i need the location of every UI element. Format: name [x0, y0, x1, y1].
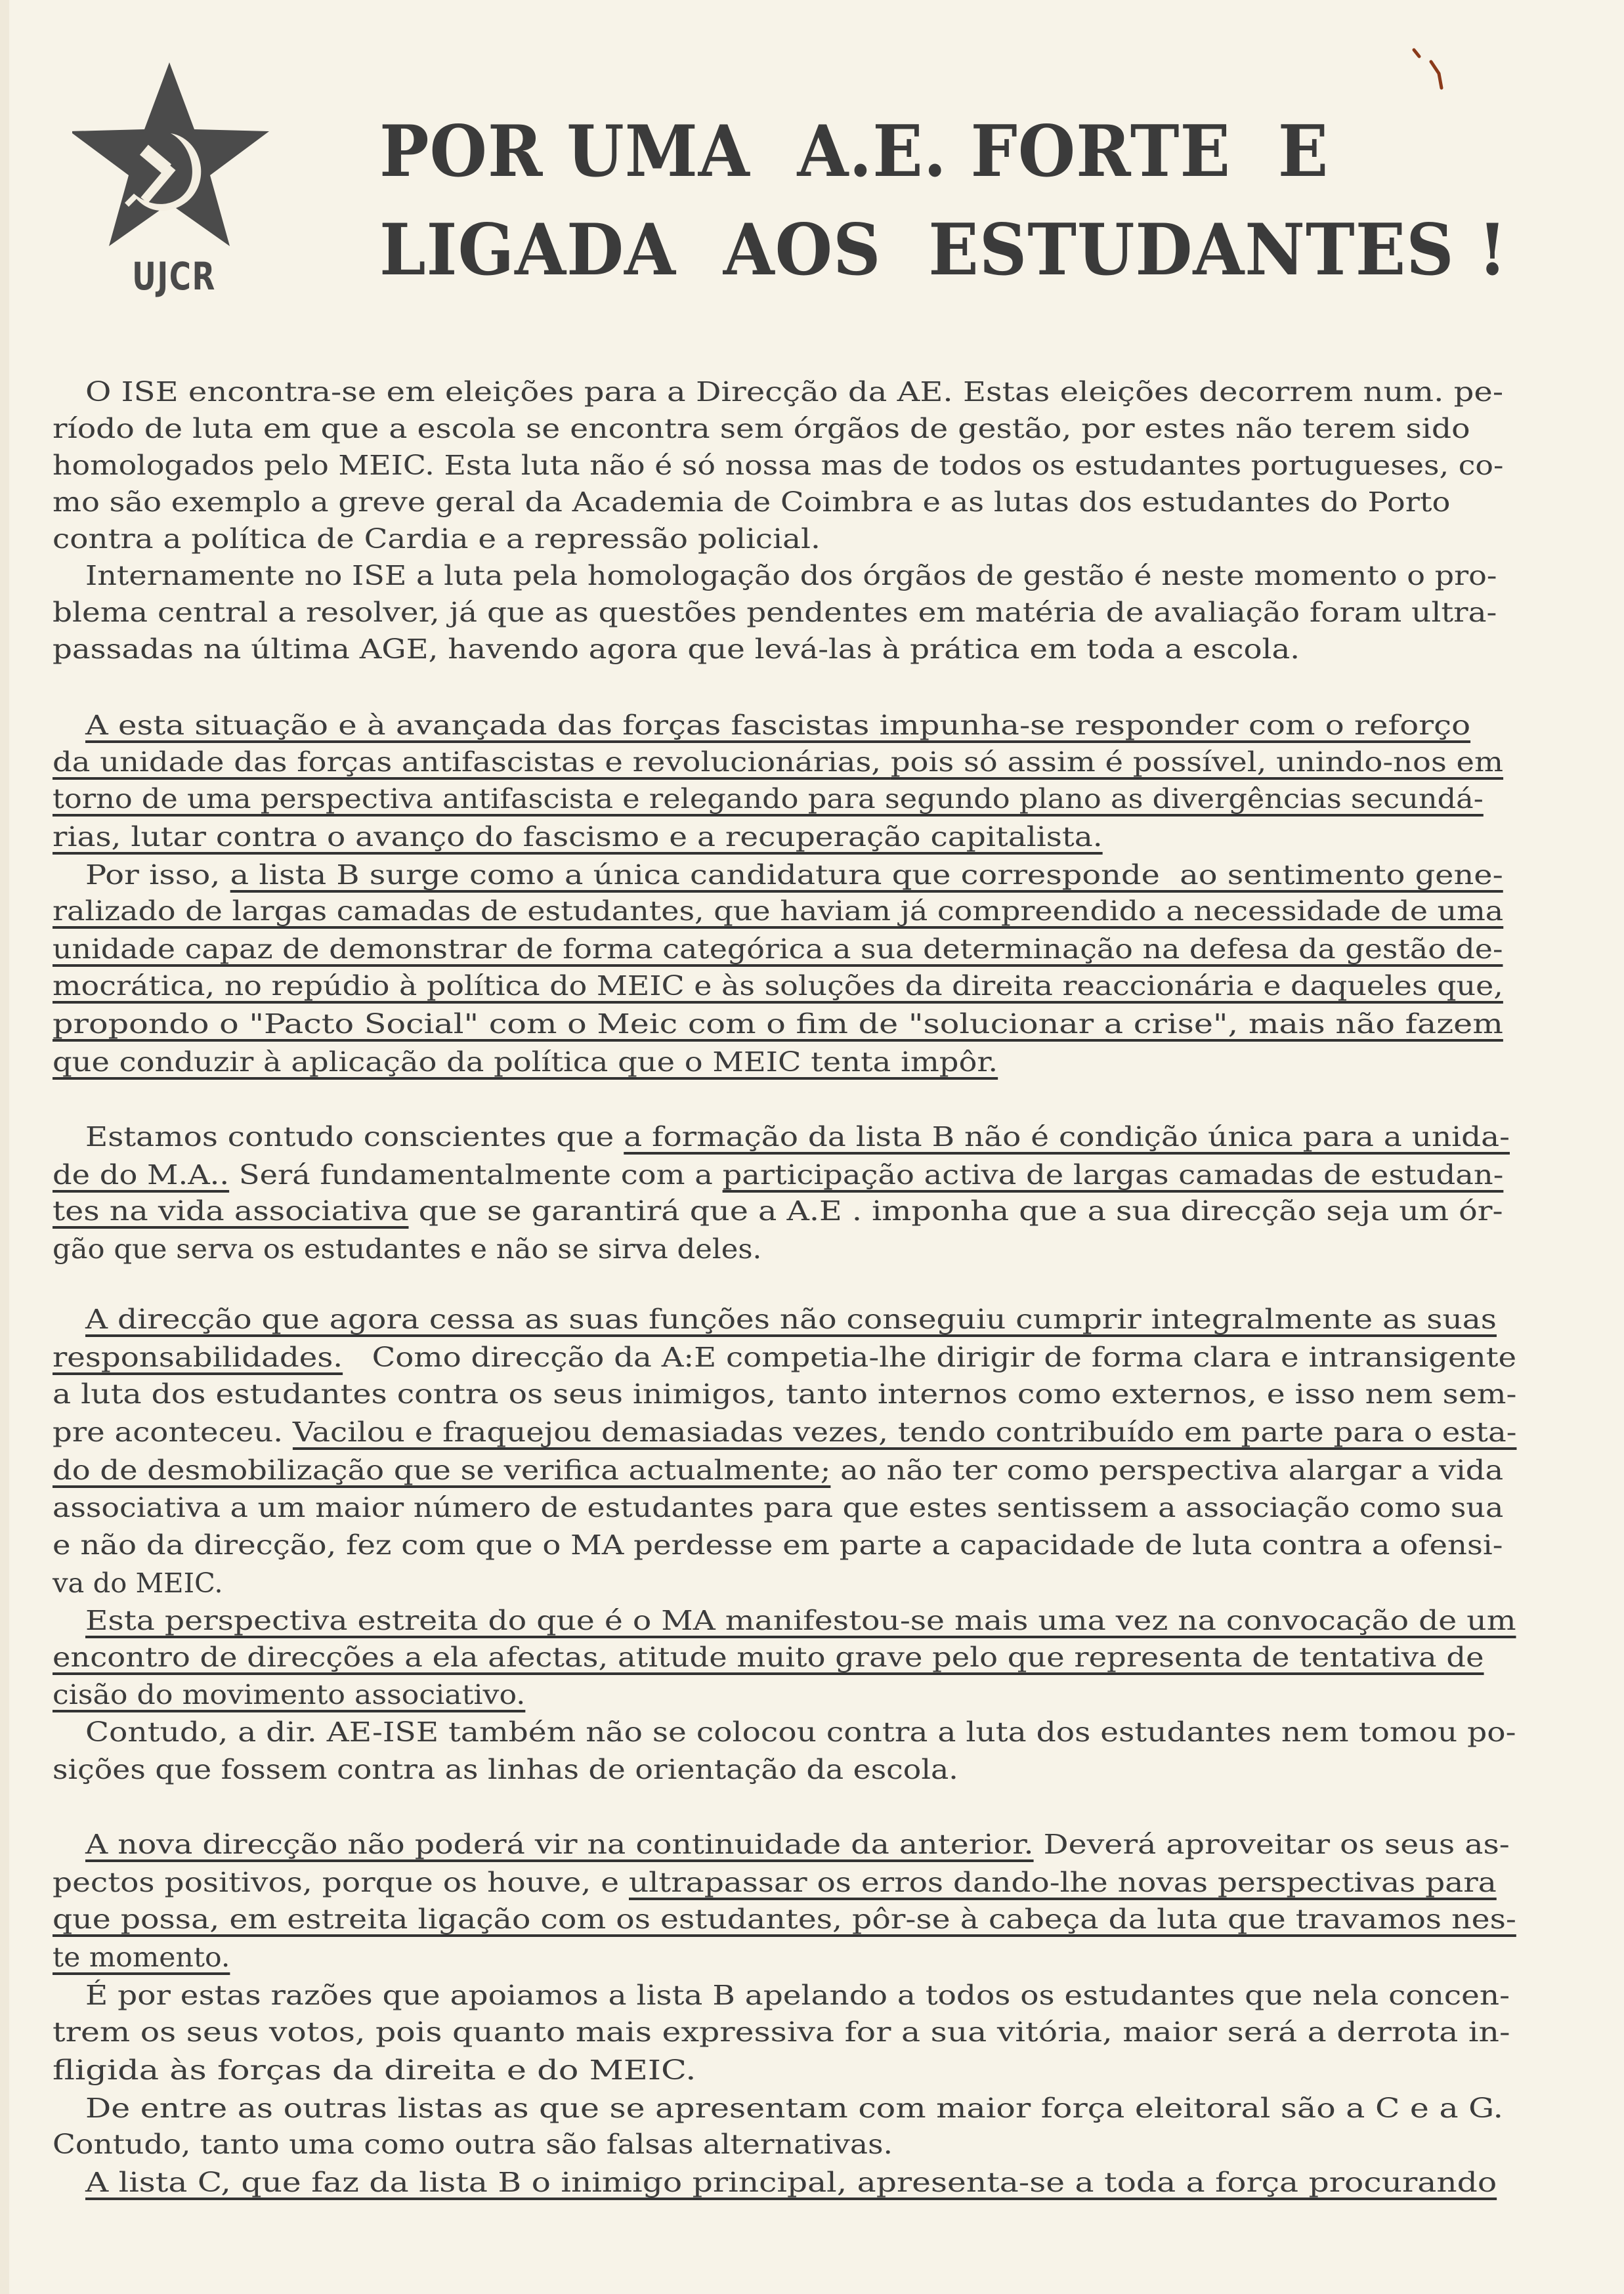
underlined-text: Esta perspectiva estreita do que é o MA … — [85, 1605, 1516, 1636]
text-line: homologados pelo MEIC. Esta luta não é s… — [53, 449, 1503, 482]
text-line: da unidade das forças antifascistas e re… — [53, 746, 1503, 778]
text-line: de do M.A.. Será fundamentalmente com a … — [53, 1158, 1503, 1191]
underlined-text: ultrapassar os erros dando-lhe novas per… — [629, 1867, 1497, 1898]
underlined-text: A esta situação e à avançada das forças … — [85, 710, 1470, 741]
underlined-text: mocrática, no repúdio à política do MEIC… — [53, 970, 1503, 1002]
text-line: O ISE encontra-se em eleições para a Dir… — [85, 375, 1503, 408]
underlined-text: da unidade das forças antifascistas e re… — [53, 746, 891, 778]
text-span: Como direcção da A:E competia-lhe dirigi… — [343, 1342, 1516, 1373]
text-line: Esta perspectiva estreita do que é o MA … — [85, 1604, 1516, 1637]
text-line: A nova direcção não poderá vir na contin… — [85, 1828, 1510, 1861]
text-span: contra a política de Cardia e a repressã… — [53, 523, 821, 555]
text-line: ralizado de largas camadas de estudantes… — [53, 895, 1503, 927]
text-line: contra a política de Cardia e a repressã… — [53, 522, 821, 555]
underlined-text: Vacilou e fraquejou demasiadas vezes, te… — [293, 1416, 1517, 1448]
underlined-text: que possa, em estreita ligação com os es… — [53, 1903, 1516, 1935]
text-span: Contudo, a dir. AE-ISE também não se col… — [85, 1716, 1516, 1748]
text-line: É por estas razões que apoiamos a lista … — [85, 1979, 1510, 2012]
underlined-text: A nova direcção não poderá vir na contin… — [85, 1829, 1034, 1860]
text-line: passadas na última AGE, havendo agora qu… — [53, 633, 1300, 666]
text-span: associativa a um maior número de estudan… — [53, 1492, 1503, 1523]
page-title-line-1: POR UMA A.E. FORTE E — [379, 110, 1329, 193]
ujcr-logo: UJCR — [72, 62, 276, 305]
underlined-text: ralizado de largas camadas de estudantes… — [53, 895, 1503, 927]
text-line: pre aconteceu. Vacilou e fraquejou demas… — [53, 1416, 1516, 1449]
text-line: gão que serva os estudantes e não se sir… — [53, 1233, 761, 1265]
text-line: fligida às forças da direita e do MEIC. — [53, 2054, 696, 2087]
text-span: O ISE encontra-se em eleições para a Dir… — [85, 376, 1503, 408]
text-span: gão que serva os estudantes e não se sir… — [53, 1233, 761, 1265]
text-span: blema central a resolver, já que as ques… — [53, 597, 1497, 628]
underlined-text: cisão do movimento associativo. — [53, 1679, 525, 1710]
underlined-text: pois só assim é possível, unindo-nos em — [891, 746, 1503, 778]
text-line: e não da direcção, fez com que o MA perd… — [53, 1529, 1503, 1561]
underlined-text: encontro de direcções a ela afectas, ati… — [53, 1642, 1484, 1673]
text-line: De entre as outras listas as que se apre… — [85, 2092, 1503, 2125]
text-line: va do MEIC. — [53, 1567, 223, 1600]
underlined-text: do de desmobilização que se verifica act… — [53, 1455, 830, 1486]
underlined-text: te momento. — [53, 1942, 230, 1973]
text-line: A esta situação e à avançada das forças … — [85, 709, 1470, 742]
text-span: pre aconteceu. — [53, 1416, 293, 1448]
text-line: a luta dos estudantes contra os seus ini… — [53, 1378, 1516, 1411]
underlined-text: a formação da lista B não é condição úni… — [624, 1121, 1510, 1153]
underlined-text: participação activa de largas camadas de… — [723, 1159, 1504, 1191]
text-span: Estamos contudo conscientes que — [85, 1121, 624, 1153]
text-span: mo são exemplo a greve geral da Academia… — [53, 486, 1450, 518]
underlined-text: que conduzir à aplicação da política que… — [53, 1046, 998, 1078]
text-line: associativa a um maior número de estudan… — [53, 1491, 1503, 1524]
underlined-text: torno de uma perspectiva antifascista e … — [53, 783, 1484, 815]
underlined-text: A direcção que agora cessa as suas funçõ… — [85, 1304, 1497, 1335]
text-line: pectos positivos, porque os houve, e ult… — [53, 1866, 1497, 1899]
underlined-text: de do M.A.. — [53, 1159, 229, 1191]
text-span: pectos positivos, porque os houve, e — [53, 1867, 629, 1898]
text-span: ríodo de luta em que a escola se encontr… — [53, 413, 1470, 444]
text-line: encontro de direcções a ela afectas, ati… — [53, 1641, 1484, 1674]
text-line: te momento. — [53, 1941, 230, 1974]
text-line: A lista C, que faz da lista B o inimigo … — [85, 2166, 1497, 2199]
text-span: Internamente no ISE a luta pela homologa… — [85, 560, 1497, 591]
text-line: Por isso, a lista B surge como a única c… — [85, 859, 1503, 891]
text-line: que conduzir à aplicação da política que… — [53, 1046, 998, 1078]
text-line: Contudo, a dir. AE-ISE também não se col… — [85, 1716, 1516, 1749]
text-line: cisão do movimento associativo. — [53, 1678, 525, 1711]
text-span: É por estas razões que apoiamos a lista … — [85, 1980, 1510, 2011]
underlined-text: rias, lutar contra o avanço do fascismo … — [53, 821, 1103, 853]
scan-edge — [0, 0, 9, 2294]
underlined-text: unidade capaz de demonstrar de forma cat… — [53, 933, 1503, 965]
text-line: Contudo, tanto uma como outra são falsas… — [53, 2128, 893, 2161]
text-span: sições que fossem contra as linhas de or… — [53, 1754, 958, 1785]
page-title-line-2: LIGADA AOS ESTUDANTES ! — [379, 209, 1508, 291]
text-span: Será fundamentalmente com a — [229, 1159, 722, 1191]
text-span: va do MEIC. — [53, 1567, 223, 1599]
text-line: mo são exemplo a greve geral da Academia… — [53, 486, 1450, 519]
logo-label: UJCR — [95, 254, 253, 299]
text-line: responsabilidades. Como direcção da A:E … — [53, 1341, 1516, 1374]
underlined-text: responsabilidades. — [53, 1342, 343, 1373]
text-span: Contudo, tanto uma como outra são falsas… — [53, 2129, 893, 2160]
text-line: propondo o "Pacto Social" com o Meic com… — [53, 1008, 1503, 1040]
text-line: unidade capaz de demonstrar de forma cat… — [53, 933, 1503, 966]
underlined-text: propondo o "Pacto Social" com o Meic com… — [53, 1008, 1503, 1040]
text-span: que se garantirá que a A.E . imponha que… — [408, 1195, 1503, 1227]
text-line: A direcção que agora cessa as suas funçõ… — [85, 1303, 1497, 1336]
text-span: ao não ter como perspectiva alargar a vi… — [830, 1455, 1503, 1486]
pen-mark-icon — [1411, 47, 1451, 93]
text-line: ríodo de luta em que a escola se encontr… — [53, 412, 1470, 445]
text-span: De entre as outras listas as que se apre… — [85, 2092, 1503, 2124]
text-span: a luta dos estudantes contra os seus ini… — [53, 1378, 1516, 1410]
text-line: do de desmobilização que se verifica act… — [53, 1454, 1503, 1487]
text-span: Deverá aproveitar os seus as- — [1034, 1829, 1510, 1860]
text-span: Por isso, — [85, 859, 230, 891]
underlined-text: a lista B surge como a única candidatura… — [230, 859, 1503, 891]
text-line: tes na vida associativa que se garantirá… — [53, 1195, 1503, 1227]
text-line: sições que fossem contra as linhas de or… — [53, 1753, 958, 1786]
text-line: que possa, em estreita ligação com os es… — [53, 1903, 1516, 1936]
text-line: Internamente no ISE a luta pela homologa… — [85, 559, 1497, 592]
text-line: Estamos contudo conscientes que a formaç… — [85, 1120, 1510, 1153]
text-line: torno de uma perspectiva antifascista e … — [53, 782, 1484, 815]
text-span: trem os seus votos, pois quanto mais exp… — [53, 2016, 1510, 2048]
text-line: blema central a resolver, já que as ques… — [53, 596, 1497, 629]
underlined-text: A lista C, que faz da lista B o inimigo … — [85, 2167, 1497, 2198]
text-line: rias, lutar contra o avanço do fascismo … — [53, 820, 1103, 853]
underlined-text: tes na vida associativa — [53, 1195, 408, 1227]
text-span: homologados pelo MEIC. Esta luta não é s… — [53, 450, 1503, 481]
text-span: fligida às forças da direita e do MEIC. — [53, 2054, 696, 2086]
text-span: passadas na última AGE, havendo agora qu… — [53, 633, 1300, 665]
text-line: trem os seus votos, pois quanto mais exp… — [53, 2016, 1510, 2049]
text-span: e não da direcção, fez com que o MA perd… — [53, 1529, 1503, 1561]
text-line: mocrática, no repúdio à política do MEIC… — [53, 969, 1503, 1002]
star-hammer-sickle-icon — [72, 62, 276, 253]
